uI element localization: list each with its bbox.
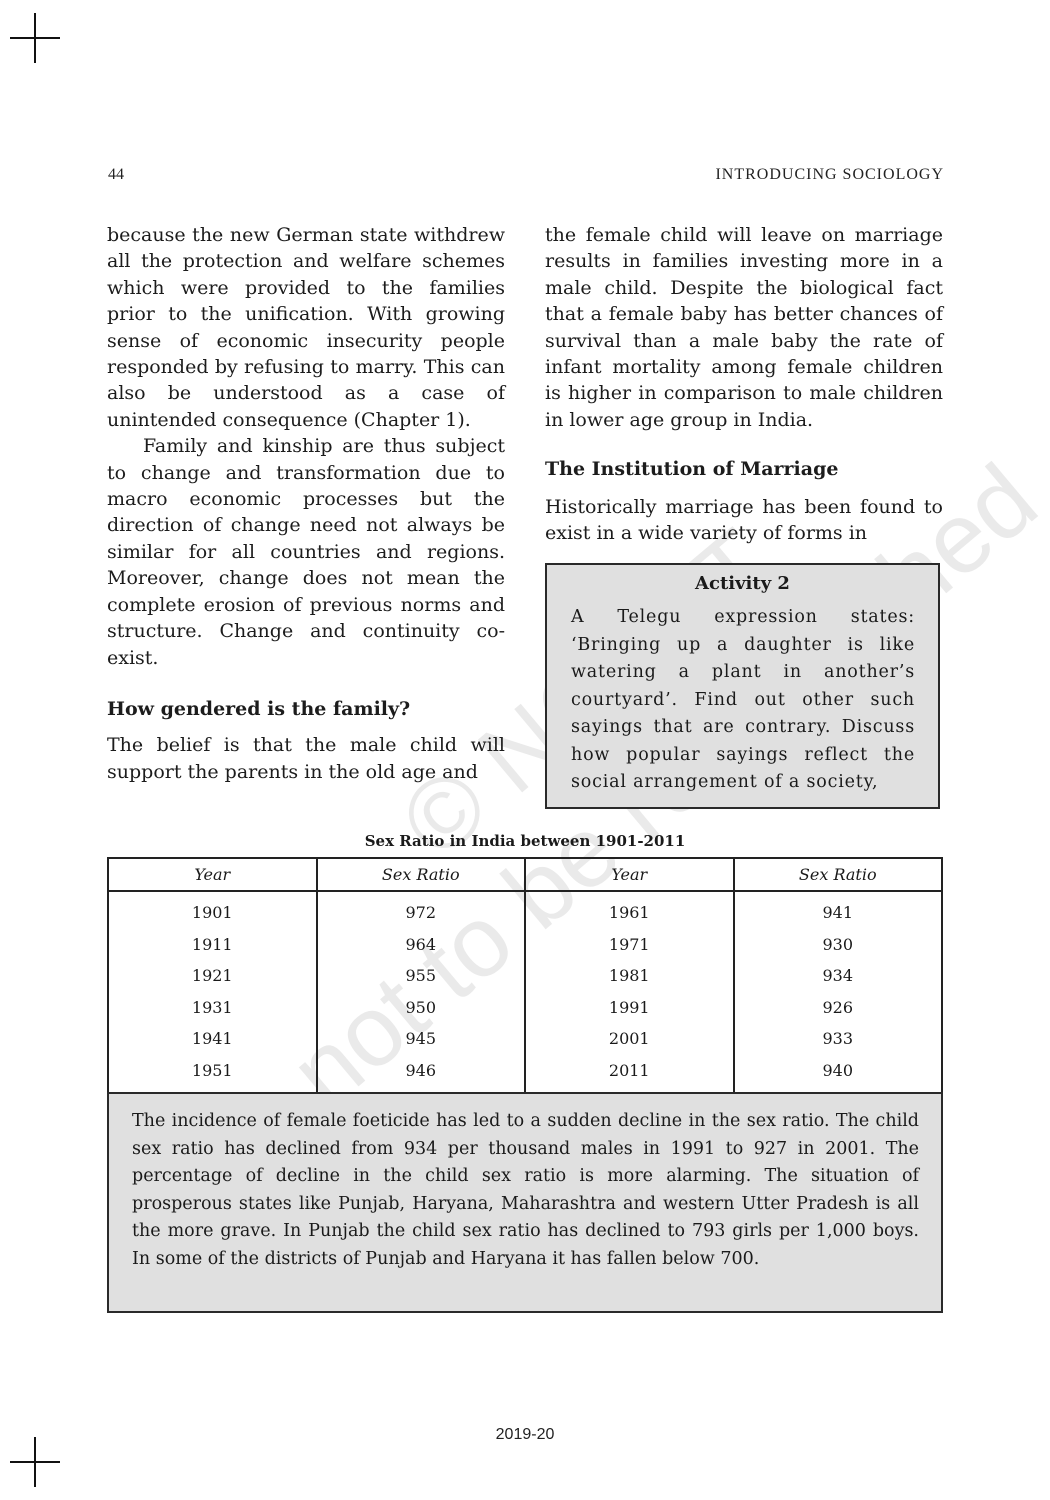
left-column: because the new German state withdrew al… — [107, 222, 505, 785]
cell-year: 1951 — [108, 1055, 317, 1095]
section-heading: The Institution of Marriage — [545, 456, 943, 482]
table-row: 1941 945 2001 933 — [108, 1023, 942, 1055]
cell-sex-ratio: 946 — [317, 1055, 526, 1095]
activity-box: Activity 2 A Telegu expression states: ‘… — [545, 563, 940, 809]
paragraph: the female child will leave on marriage … — [545, 222, 943, 433]
cell-sex-ratio: 940 — [734, 1055, 943, 1095]
cell-year: 1991 — [525, 992, 734, 1024]
cell-year: 1971 — [525, 929, 734, 961]
paragraph: Historically marriage has been found to … — [545, 494, 943, 547]
cell-year: 2001 — [525, 1023, 734, 1055]
section-heading: How gendered is the family? — [107, 696, 505, 722]
female-foeticide-note-box: The incidence of female foeticide has le… — [107, 1092, 943, 1313]
cell-year: 1981 — [525, 960, 734, 992]
activity-title: Activity 2 — [547, 573, 938, 594]
activity-body: A Telegu expression states: ‘Bringing up… — [547, 594, 938, 797]
page-footer-year: 2019-20 — [0, 1426, 1050, 1444]
paragraph: The belief is that the male child will s… — [107, 732, 505, 785]
cell-sex-ratio: 933 — [734, 1023, 943, 1055]
cell-year: 1921 — [108, 960, 317, 992]
table-row: 1901 972 1961 941 — [108, 891, 942, 929]
table-caption: Sex Ratio in India between 1901-2011 — [107, 832, 943, 850]
cell-year: 2011 — [525, 1055, 734, 1095]
cell-year: 1931 — [108, 992, 317, 1024]
cell-sex-ratio: 930 — [734, 929, 943, 961]
right-column: the female child will leave on marriage … — [545, 222, 943, 546]
table-row: 1911 964 1971 930 — [108, 929, 942, 961]
table-row: 1931 950 1991 926 — [108, 992, 942, 1024]
cell-sex-ratio: 934 — [734, 960, 943, 992]
paragraph: because the new German state withdrew al… — [107, 222, 505, 433]
column-header-sex-ratio: Sex Ratio — [317, 858, 526, 891]
column-header-sex-ratio: Sex Ratio — [734, 858, 943, 891]
cell-year: 1901 — [108, 891, 317, 929]
cell-year: 1911 — [108, 929, 317, 961]
cell-sex-ratio: 964 — [317, 929, 526, 961]
table-header-row: Year Sex Ratio Year Sex Ratio — [108, 858, 942, 891]
page-header: 44 INTRODUCING SOCIOLOGY — [108, 166, 944, 188]
cell-sex-ratio: 926 — [734, 992, 943, 1024]
sex-ratio-table: Year Sex Ratio Year Sex Ratio 1901 972 1… — [107, 857, 943, 1095]
running-title: INTRODUCING SOCIOLOGY — [715, 166, 944, 184]
table-row: 1921 955 1981 934 — [108, 960, 942, 992]
note-text: The incidence of female foeticide has le… — [109, 1094, 941, 1274]
cell-sex-ratio: 955 — [317, 960, 526, 992]
cell-sex-ratio: 950 — [317, 992, 526, 1024]
cell-sex-ratio: 941 — [734, 891, 943, 929]
paragraph: Family and kinship are thus subject to c… — [107, 433, 505, 671]
cell-year: 1941 — [108, 1023, 317, 1055]
cell-year: 1961 — [525, 891, 734, 929]
column-header-year: Year — [525, 858, 734, 891]
cell-sex-ratio: 945 — [317, 1023, 526, 1055]
page-number: 44 — [108, 166, 124, 184]
table-row: 1951 946 2011 940 — [108, 1055, 942, 1095]
cell-sex-ratio: 972 — [317, 891, 526, 929]
crop-mark-bottom-left-icon — [10, 1437, 60, 1487]
crop-mark-top-left-icon — [10, 13, 60, 63]
column-header-year: Year — [108, 858, 317, 891]
